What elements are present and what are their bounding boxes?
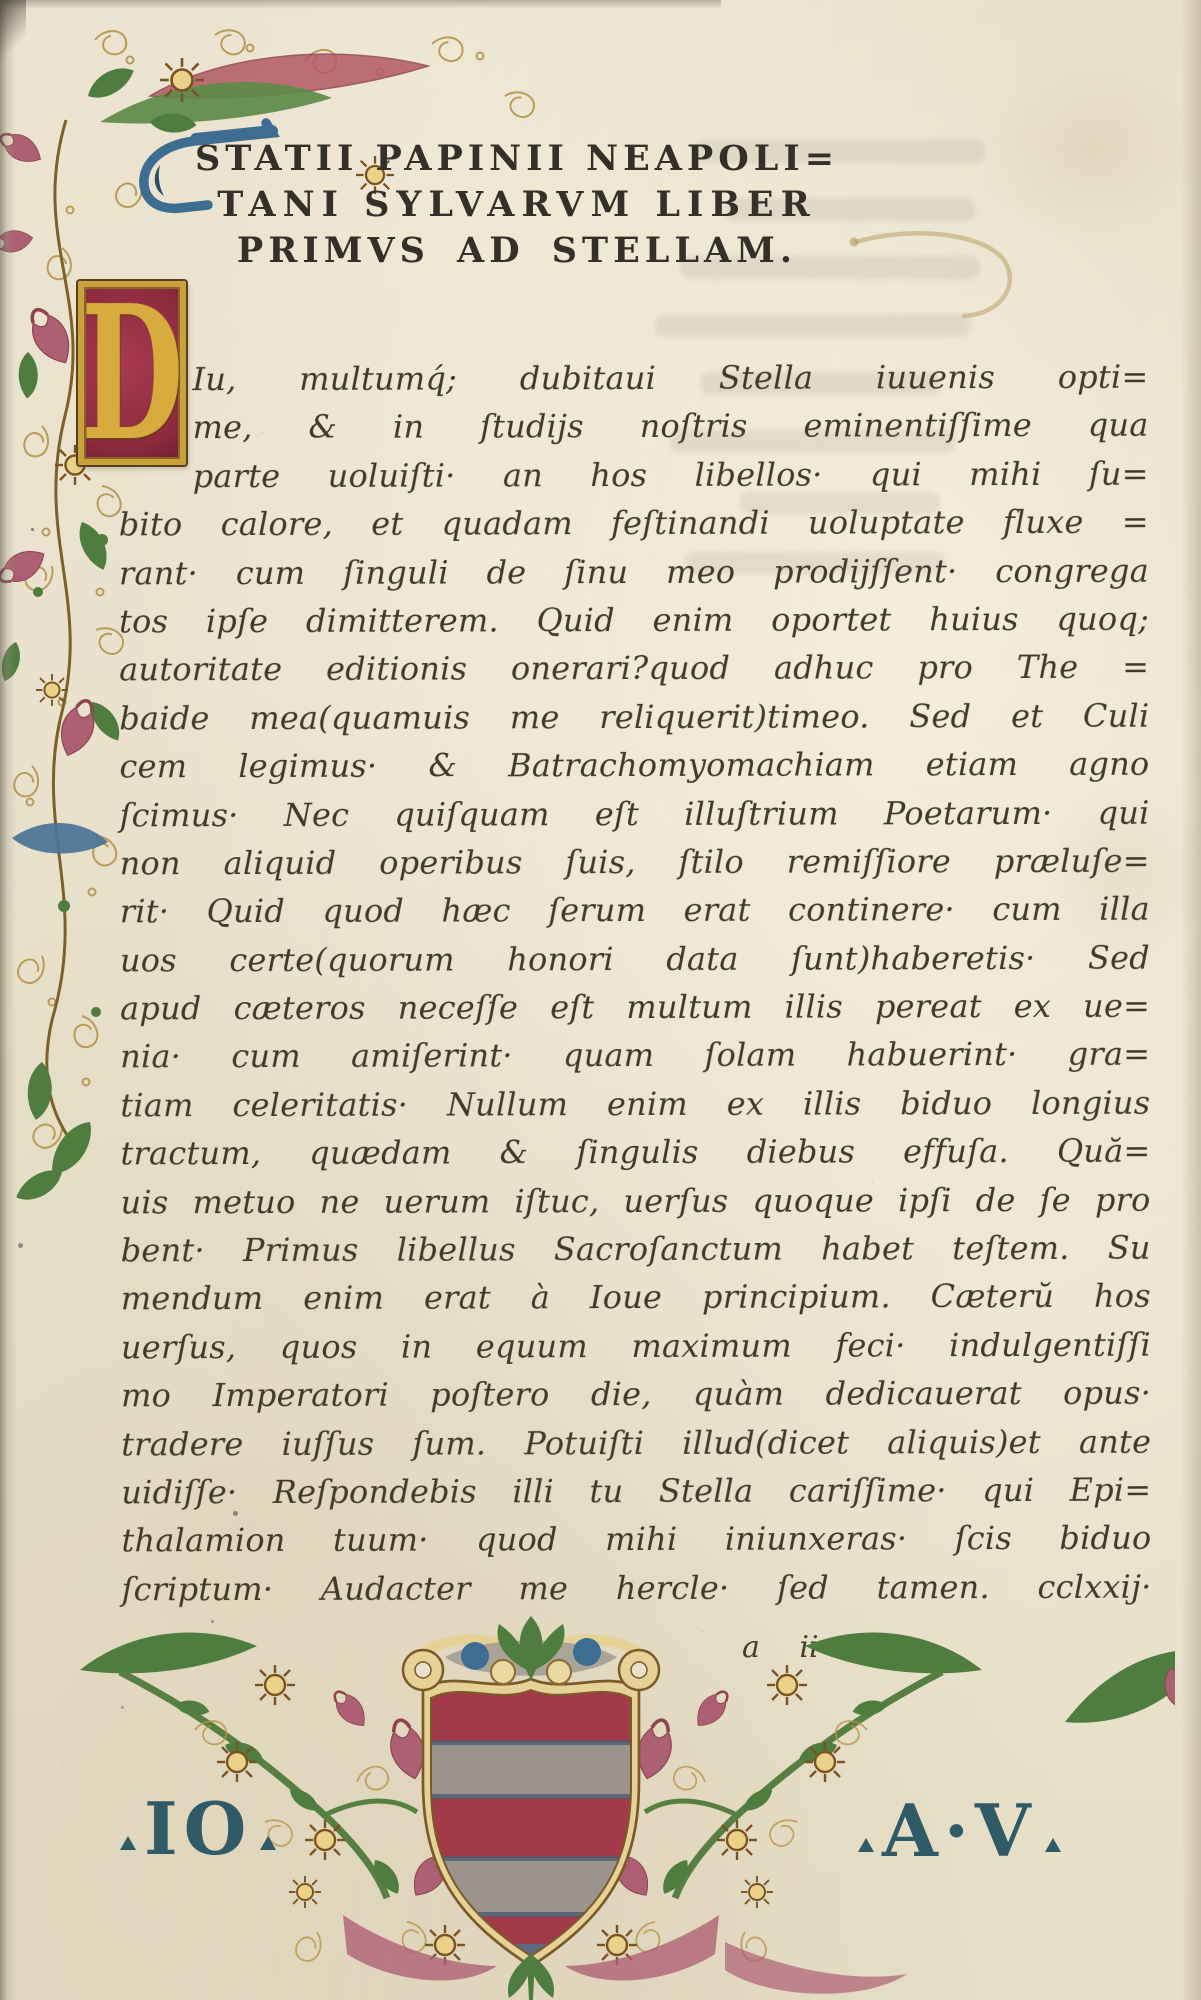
title-block: STATII PAPINII NEAPOLI= TANI SYLVARVM LI… [117, 136, 917, 274]
text-line: mo Imperatori poſtero die, quàm dedicaue… [121, 1369, 1151, 1420]
text-line: uos certe(quorum honori data ſunt)habere… [120, 933, 1150, 984]
text-line: baide mea(quamuis me reliquerit)timeo. S… [119, 691, 1149, 742]
text-line: tiam celeritatis· Nullum enim ex illis b… [120, 1079, 1150, 1130]
ink-specks [233, 1511, 238, 1516]
page-edge-left [0, 0, 16, 2000]
text-line: tractum, quædam & ſingulis diebus effuſa… [120, 1127, 1150, 1178]
text-line: non aliquid operibus ſuis, ſtilo remiſſi… [120, 837, 1150, 888]
text-line: nia· cum amiſerint· quam ſolam habuerint… [120, 1030, 1150, 1081]
page-edge-top [0, 0, 721, 9]
blue-dot [461, 1642, 489, 1670]
text-line: tradere iuſſus ſum. Potuiſti illud(dicet… [121, 1417, 1151, 1468]
base-green-tuft [508, 1954, 554, 2000]
text-line: uerſus, quos in equum maximum feci· indu… [121, 1320, 1151, 1371]
text-line: thalamion tuum· quod mihi iniunxeras· ſc… [121, 1514, 1151, 1565]
monogram-av: A·V [850, 1788, 1069, 1873]
text-line: uidiſſe· Reſpondebis illi tu Stella cari… [121, 1466, 1151, 1517]
monogram-io: IO [112, 1786, 284, 1871]
text-line: cem legimus· & Batrachomyomachiam etiam … [119, 740, 1149, 791]
triangle-ornament [858, 1838, 874, 1852]
text-line: me, & in ſtudijs noſtris eminentiſſime q… [192, 401, 1148, 452]
manuscript-page: STATII PAPINII NEAPOLI= TANI SYLVARVM LI… [0, 0, 1201, 2000]
text-line: rant· cum ſinguli de ſinu meo prodijſſen… [119, 546, 1149, 597]
text-line: uis metuo ne uerum iſtuc, uerſus quoque … [121, 1175, 1151, 1226]
text-line: apud cæteros neceſſe eſt multum illis pe… [120, 982, 1150, 1033]
triangle-ornament [120, 1836, 136, 1850]
text-line: bent· Primus libellus Sacroſanctum habet… [121, 1224, 1151, 1275]
text-line: ſcimus· Nec quiſquam eſt illuſtrium Poet… [119, 788, 1149, 839]
text-line: autoritate editionis onerari?quod adhuc … [119, 643, 1149, 694]
blue-dot [573, 1638, 601, 1666]
text-line: rit· Quid quod hæc ſerum erat continere·… [120, 885, 1150, 936]
page-corner-shadow [0, 0, 26, 58]
triangle-ornament [1045, 1838, 1061, 1852]
text-line: parte uoluiſti· an hos libellos· qui mih… [193, 449, 1149, 500]
vine-stem [47, 120, 82, 1155]
triangle-ornament [260, 1836, 276, 1850]
text-line: bito calore, et quadam feſtinandi uolupt… [119, 498, 1149, 549]
paper-stain [980, 60, 1200, 240]
title-line-1: STATII PAPINII NEAPOLI= [117, 136, 917, 182]
text-line: mendum enim erat à Ioue principium. Cæte… [121, 1272, 1151, 1323]
text-line: Iu, multumq́; dubitaui Stella iuuenis op… [192, 353, 1148, 404]
title-line-3: PRIMVS AD STELLAM. [117, 228, 917, 274]
text-line: tos ipſe dimitterem. Quid enim oportet h… [119, 595, 1149, 646]
page-edge-right [1181, 0, 1201, 2000]
body-text: Iu, multumq́; dubitaui Stella iuuenis op… [118, 353, 1151, 1614]
right-pink-wing [725, 1942, 907, 1994]
monogram-av-letters: A·V [882, 1788, 1037, 1873]
text-line: ſcriptum· Audacter me hercle· ſed tamen.… [122, 1562, 1152, 1613]
monogram-io-letters: IO [144, 1786, 252, 1871]
right-top-leaf [1065, 1650, 1175, 1723]
title-line-2: TANI SYLVARVM LIBER [117, 182, 917, 228]
